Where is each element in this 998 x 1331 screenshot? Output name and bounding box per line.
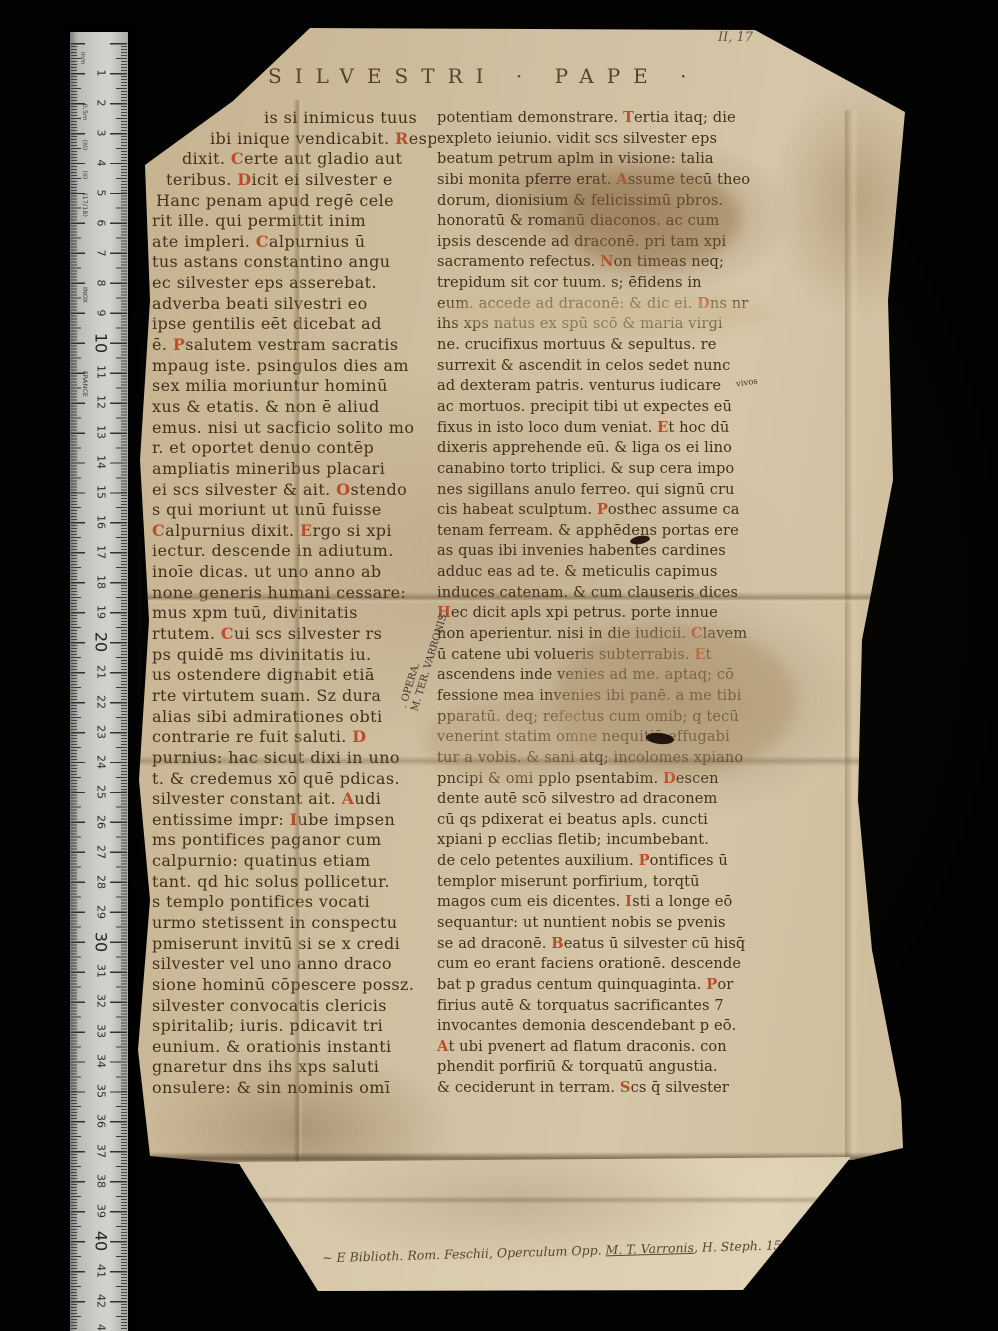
- manuscript-line: magos cum eis dicentes. Isti a longe eō: [437, 892, 793, 913]
- rubric-initial: S: [620, 1079, 631, 1096]
- manuscript-line: invocantes demonia descendebant p eō.: [437, 1016, 793, 1037]
- manuscript-line: ihs xps natus ex spū scō & maria virgi: [437, 314, 793, 335]
- rubric-initial: D: [237, 170, 251, 189]
- manuscript-line: dente autē scō silvestro ad draconem: [437, 789, 793, 810]
- manuscript-line: ps quidē ms divinitatis iu.: [152, 645, 436, 666]
- manuscript-line: iectur. descende in adiutum.: [152, 541, 436, 562]
- text-segment: t. & credemus xō quē pdicas.: [152, 769, 400, 788]
- manuscript-line: adduc eas ad te. & meticulis capimus: [437, 562, 793, 583]
- text-segment: silvester convocatis clericis: [152, 996, 387, 1015]
- manuscript-line: nes sigillans anulo ferreo. qui signū cr…: [437, 480, 793, 501]
- text-segment: t ubi pvenert ad flatum draconis. con: [448, 1038, 726, 1055]
- manuscript-line: & ceciderunt in terram. Scs q̄ silvester: [437, 1078, 793, 1099]
- text-segment: alpurnius dixit.: [165, 521, 300, 540]
- text-segment: mus xpm tuū, divinitatis: [152, 603, 358, 622]
- manuscript-line: ē. Psalutem vestram sacratis: [152, 335, 436, 356]
- text-segment: rtutem.: [152, 624, 221, 643]
- text-segment: induces catenam. & cum clauseris dices: [437, 584, 738, 601]
- text-segment: on timeas neq;: [614, 253, 724, 270]
- rubric-initial: P: [706, 976, 717, 993]
- text-segment: potentiam demonstrare.: [437, 109, 623, 126]
- manuscript-line: ne. crucifixus mortuus & sepultus. re: [437, 335, 793, 356]
- manuscript-line: Calpurnius dixit. Ergo si xpi: [152, 521, 436, 542]
- text-segment: none generis humani cessare:: [152, 583, 406, 602]
- manuscript-line: us ostendere dignabit etiā: [152, 665, 436, 686]
- text-segment: tant. qd hic solus pollicetur.: [152, 872, 390, 891]
- manuscript-line: sex milia moriuntur hominū: [152, 376, 436, 397]
- text-segment: or: [717, 976, 733, 993]
- ruler-number: 28: [95, 875, 108, 889]
- text-segment: purnius: hac sicut dixi in uno: [152, 748, 400, 767]
- manuscript-line: tus astans constantino angu: [152, 252, 436, 273]
- manuscript-line: cis habeat sculptum. Posthec assume ca: [437, 500, 793, 521]
- manuscript-line: silvester convocatis clericis: [152, 996, 436, 1017]
- ruler-number: 6: [95, 219, 108, 226]
- text-segment: dixeris apprehende eū. & liga os ei lino: [437, 439, 732, 456]
- text-segment: onsulere: & sin nominis omī: [152, 1078, 390, 1097]
- rubric-initial: A: [616, 171, 627, 188]
- manuscript-line: pmiserunt invitū si se x credi: [152, 934, 436, 955]
- ruler-number: 17: [95, 545, 108, 559]
- inscription-prefix: ∼ E Biblioth. Rom. Feschii, Operculum Op…: [322, 1242, 606, 1265]
- manuscript-line: ascendens inde venies ad me. aptaq; cō: [437, 665, 793, 686]
- manuscript-line: inoīe dicas. ut uno anno ab: [152, 562, 436, 583]
- manuscript-line: ate impleri. Calpurnius ū: [152, 232, 436, 253]
- text-segment: trepidum sit cor tuum. s; ēfidens in: [437, 274, 702, 291]
- text-segment: tenam ferream. & apphēdens portas ere: [437, 522, 739, 539]
- manuscript-line: beatum petrum aplm in visione: talia: [437, 149, 793, 170]
- ruler-number: 26: [95, 815, 108, 829]
- text-segment: invocantes demonia descendebant p eō.: [437, 1017, 736, 1034]
- manuscript-line: mus xpm tuū, divinitatis: [152, 603, 436, 624]
- rubric-initial: N: [600, 253, 613, 270]
- text-segment: ipsis descende ad draconē. pri tam xpi: [437, 233, 726, 250]
- text-segment: sacramento refectus.: [437, 253, 600, 270]
- ruler-number: 10: [92, 332, 111, 352]
- text-segment: ū catene ubi volueris subterrabis.: [437, 646, 694, 663]
- manuscript-line: ei scs silvester & ait. Ostendo: [152, 480, 436, 501]
- rubric-initial: P: [639, 852, 650, 869]
- ruler-number: 7: [95, 249, 108, 256]
- text-segment: contrarie re fuit saluti.: [152, 727, 352, 746]
- text-segment: phendit porfiriū & torquatū angustia.: [437, 1058, 718, 1075]
- manuscript-line: pparatū. deq; refectus cum omib; q tecū: [437, 707, 793, 728]
- ruler-number: 8: [95, 279, 108, 286]
- fold-crease: [845, 110, 859, 1160]
- text-segment: rgo si xpi: [313, 521, 392, 540]
- text-segment: tur a vobis. & sani atq; incolomes xpian…: [437, 749, 743, 766]
- text-segment: rit ille. qui permittit inim: [152, 211, 366, 230]
- manuscript-line: emus. nisi ut sacficio solito mo: [152, 418, 436, 439]
- manuscript-line: as quas ibi invenies habentes cardines: [437, 541, 793, 562]
- text-segment: s templo pontifices vocati: [152, 892, 370, 911]
- manuscript-line: expleto ieiunio. vidit scs silvester eps: [437, 129, 793, 150]
- text-segment: & ceciderunt in terram.: [437, 1079, 620, 1096]
- inscription-suffix: , H. Steph. 1573. 8°: [694, 1236, 820, 1255]
- manuscript-line: templor miserunt porfirium, torqtū: [437, 872, 793, 893]
- text-segment: pparatū. deq; refectus cum omib; q tecū: [437, 708, 739, 725]
- text-segment: dixit.: [182, 149, 231, 168]
- text-segment: ne. crucifixus mortuus & sepultus. re: [437, 336, 716, 353]
- text-segment: ec dicit apls xpi petrus. porte innue: [451, 604, 718, 621]
- text-segment: pmiserunt invitū si se x credi: [152, 934, 400, 953]
- text-segment: venerint statim omne nequitiā effugabi: [437, 728, 730, 745]
- manuscript-left-column: is si inimicus tuusibi inique vendicabit…: [152, 108, 436, 1104]
- text-segment: lavem: [703, 625, 748, 642]
- manuscript-line: contrarie re fuit saluti. D: [152, 727, 436, 748]
- text-segment: alias sibi admirationes obti: [152, 707, 383, 726]
- text-segment: is si inimicus tuus: [264, 108, 417, 127]
- text-segment: Hanc penam apud regē cele: [156, 191, 394, 210]
- text-segment: r. et oportet denuo contēp: [152, 438, 374, 457]
- text-segment: mpaug iste. psingulos dies am: [152, 356, 409, 375]
- ruler-number: 32: [95, 994, 108, 1008]
- text-segment: erte aut gladio aut: [244, 149, 402, 168]
- parchment-leaf: II, 17 SILVESTRI · PAPE · is si inimicus…: [0, 0, 998, 1331]
- manuscript-line: trepidum sit cor tuum. s; ēfidens in: [437, 273, 793, 294]
- manuscript-line: sione hominū cōpescere possz.: [152, 975, 436, 996]
- manuscript-line: onsulere: & sin nominis omī: [152, 1078, 436, 1099]
- ruler-number: 19: [95, 605, 108, 619]
- manuscript-line: sacramento refectus. Non timeas neq;: [437, 252, 793, 273]
- text-segment: sti a longe eō: [632, 893, 732, 910]
- rubric-initial: O: [336, 480, 350, 499]
- rubric-initial: C: [152, 521, 165, 540]
- ruler-marking: INOX: [81, 287, 89, 303]
- rubric-initial: P: [173, 335, 185, 354]
- ruler-number: 29: [95, 905, 108, 919]
- manuscript-line: sequantur: ut nuntient nobis se pvenis: [437, 913, 793, 934]
- text-segment: entissime impr:: [152, 810, 290, 829]
- manuscript-line: sibi monita pferre erat. Assume tecū the…: [437, 170, 793, 191]
- manuscript-line: At ubi pvenert ad flatum draconis. con: [437, 1037, 793, 1058]
- manuscript-line: adverba beati silvestri eo: [152, 294, 436, 315]
- manuscript-line: dixeris apprehende eū. & liga os ei lino: [437, 438, 793, 459]
- manuscript-line: s qui moriunt ut unū fuisse: [152, 500, 436, 521]
- text-segment: spiritalib; iuris. pdicavit tri: [152, 1016, 383, 1035]
- text-segment: magos cum eis dicentes.: [437, 893, 625, 910]
- text-segment: honoratū & romanū diaconos. ac cum: [437, 212, 719, 229]
- manuscript-line: xpiani p ecclias fletib; incumbebant.: [437, 830, 793, 851]
- text-segment: stendo: [350, 480, 407, 499]
- manuscript-line: bat p gradus centum quinquaginta. Por: [437, 975, 793, 996]
- manuscript-line: silvester constant ait. Audi: [152, 789, 436, 810]
- text-segment: sex milia moriuntur hominū: [152, 376, 388, 395]
- manuscript-line: rte virtutem suam. Sz dura: [152, 686, 436, 707]
- text-segment: ascendens inde venies ad me. aptaq; cō: [437, 666, 734, 683]
- manuscript-line: tant. qd hic solus pollicetur.: [152, 872, 436, 893]
- text-segment: ontifices ū: [650, 852, 728, 869]
- manuscript-line: potentiam demonstrare. Tertia itaq; die: [437, 108, 793, 129]
- manuscript-line: fixus in isto loco dum veniat. Et hoc dū: [437, 418, 793, 439]
- rubric-initial: D: [663, 770, 676, 787]
- manuscript-line: silvester vel uno anno draco: [152, 954, 436, 975]
- text-segment: se ad draconē.: [437, 935, 551, 952]
- text-segment: ui scs silvester rs: [234, 624, 382, 643]
- text-segment: eunium. & orationis instanti: [152, 1037, 392, 1056]
- manuscript-line: Hanc penam apud regē cele: [152, 191, 436, 212]
- ruler-number: 2: [95, 99, 108, 106]
- text-segment: adduc eas ad te. & meticulis capimus: [437, 563, 717, 580]
- ruler-number: 34: [95, 1054, 108, 1068]
- provenance-inscription: ∼ E Biblioth. Rom. Feschii, Operculum Op…: [322, 1238, 772, 1266]
- manuscript-right-column: potentiam demonstrare. Tertia itaq; diee…: [437, 108, 793, 1104]
- manuscript-line: is si inimicus tuus: [152, 108, 436, 129]
- text-segment: udi: [354, 789, 381, 808]
- rubric-initial: R: [395, 129, 409, 148]
- ruler-unit-label: mm: [79, 52, 87, 65]
- manuscript-line: pncipi & omi pplo psentabim. Descen: [437, 769, 793, 790]
- ruler-ticks-right-cm: [110, 43, 127, 1331]
- manuscript-line: surrexit & ascendit in celos sedet nunc: [437, 356, 793, 377]
- rubric-initial: C: [221, 624, 234, 643]
- text-segment: xpiani p ecclias fletib; incumbebant.: [437, 831, 709, 848]
- ruler-number: 5: [95, 189, 108, 196]
- text-segment: ē.: [152, 335, 173, 354]
- ruler-number: 14: [95, 455, 108, 469]
- ruler-number: 41: [95, 1264, 108, 1278]
- text-segment: ps quidē ms divinitatis iu.: [152, 645, 372, 664]
- text-segment: ihs xps natus ex spū scō & maria virgi: [437, 315, 723, 332]
- ruler-ticks-left-cm: [71, 43, 85, 1331]
- rubric-initial: C: [231, 149, 244, 168]
- inscription-author: M. T. Varronis: [605, 1240, 694, 1257]
- text-segment: calpurnio: quatinus etiam: [152, 851, 371, 870]
- text-segment: ube impsen: [298, 810, 396, 829]
- manuscript-line: ipse gentilis eēt dicebat ad: [152, 314, 436, 335]
- rubric-initial: C: [256, 232, 269, 251]
- text-segment: silvester constant ait.: [152, 789, 342, 808]
- ruler-number: 23: [95, 725, 108, 739]
- photograph: mm 1234567891011121314151617181920212223…: [0, 0, 998, 1331]
- rubric-initial: E: [657, 419, 668, 436]
- text-segment: sequantur: ut nuntient nobis se pvenis: [437, 914, 726, 931]
- text-segment: eatus ū silvester cū hisq̄: [564, 935, 746, 952]
- text-segment: ns nr: [710, 295, 748, 312]
- manuscript-line: ec silvester eps asserebat.: [152, 273, 436, 294]
- text-segment: esp: [409, 129, 436, 148]
- text-segment: gnaretur dns ihs xps saluti: [152, 1057, 379, 1076]
- manuscript-line: t. & credemus xō quē pdicas.: [152, 769, 436, 790]
- text-segment: teribus.: [166, 170, 237, 189]
- manuscript-line: tenam ferream. & apphēdens portas ere: [437, 521, 793, 542]
- text-segment: s qui moriunt ut unū fuisse: [152, 500, 382, 519]
- manuscript-line: honoratū & romanū diaconos. ac cum: [437, 211, 793, 232]
- text-segment: ibi inique vendicabit.: [210, 129, 395, 148]
- manuscript-line: induces catenam. & cum clauseris dices: [437, 583, 793, 604]
- ruler-number: 1: [95, 69, 108, 76]
- manuscript-line: ms pontifices paganor cum: [152, 830, 436, 851]
- text-segment: t hoc dū: [668, 419, 729, 436]
- manuscript-line: spiritalib; iuris. pdicavit tri: [152, 1016, 436, 1037]
- manuscript-line: urmo stetissent in conspectu: [152, 913, 436, 934]
- manuscript-line: cum eo erant faciens orationē. descende: [437, 954, 793, 975]
- ruler-marking: (17/18): [81, 193, 89, 217]
- text-segment: canabino torto triplici. & sup cera impo: [437, 460, 734, 477]
- ruler-number: 33: [95, 1024, 108, 1038]
- ruler-number: 42: [95, 1294, 108, 1308]
- manuscript-line: de celo petentes auxilium. Pontifices ū: [437, 851, 793, 872]
- text-segment: cum eo erant faciens orationē. descende: [437, 955, 741, 972]
- text-segment: ms pontifices paganor cum: [152, 830, 382, 849]
- text-segment: non aperientur. nisi in die iudicii.: [437, 625, 691, 642]
- manuscript-line: rit ille. qui permittit inim: [152, 211, 436, 232]
- text-segment: tus astans constantino angu: [152, 252, 391, 271]
- text-segment: de celo petentes auxilium.: [437, 852, 639, 869]
- rubric-initial: A: [342, 789, 355, 808]
- text-segment: cs q̄ silvester: [631, 1079, 729, 1096]
- ruler-number: 21: [95, 665, 108, 679]
- rubric-initial: A: [437, 1038, 448, 1055]
- rubric-initial: T: [623, 109, 634, 126]
- manuscript-line: eum. accede ad draconē: & dic ei. Dns nr: [437, 294, 793, 315]
- ruler-number: 31: [95, 964, 108, 978]
- ruler-number: 24: [95, 755, 108, 769]
- text-segment: sione hominū cōpescere possz.: [152, 975, 414, 994]
- text-segment: alpurnius ū: [269, 232, 366, 251]
- text-segment: bat p gradus centum quinquaginta.: [437, 976, 706, 993]
- text-segment: ac mortuos. precipit tibi ut expectes eū: [437, 398, 732, 415]
- ruler-marking: FRANCE: [81, 371, 89, 397]
- ruler-number: 39: [95, 1204, 108, 1218]
- text-segment: urmo stetissent in conspectu: [152, 913, 397, 932]
- text-segment: ertia itaq; die: [634, 109, 736, 126]
- text-segment: us ostendere dignabit etiā: [152, 665, 375, 684]
- manuscript-line: r. et oportet denuo contēp: [152, 438, 436, 459]
- text-segment: ampliatis mineribus placari: [152, 459, 385, 478]
- ruler-marking: (III): [81, 139, 89, 150]
- rubric-initial: E: [694, 646, 705, 663]
- text-segment: osthec assume ca: [608, 501, 740, 518]
- manuscript-line: s templo pontifices vocati: [152, 892, 436, 913]
- manuscript-line: dorum, dionisium & felicissimū pbros.: [437, 191, 793, 212]
- manuscript-line: rtutem. Cui scs silvester rs: [152, 624, 436, 645]
- rubric-initial: D: [352, 727, 366, 746]
- manuscript-line: firius autē & torquatus sacrificantes 7: [437, 996, 793, 1017]
- manuscript-line: ac mortuos. precipit tibi ut expectes eū: [437, 397, 793, 418]
- ruler-number: 37: [95, 1144, 108, 1158]
- manuscript-line: eunium. & orationis instanti: [152, 1037, 436, 1058]
- ruler-number: 40: [92, 1231, 111, 1251]
- text-segment: salutem vestram sacratis: [185, 335, 398, 354]
- manuscript-line: ipsis descende ad draconē. pri tam xpi: [437, 232, 793, 253]
- text-segment: ipse gentilis eēt dicebat ad: [152, 314, 382, 333]
- ruler-number: 9: [95, 309, 108, 316]
- text-segment: silvester vel uno anno draco: [152, 954, 392, 973]
- text-segment: nes sigillans anulo ferreo. qui signū cr…: [437, 481, 735, 498]
- manuscript-line: calpurnio: quatinus etiam: [152, 851, 436, 872]
- text-segment: iectur. descende in adiutum.: [152, 541, 394, 560]
- text-segment: ei scs silvester & ait.: [152, 480, 336, 499]
- rubric-initial: E: [300, 521, 313, 540]
- text-segment: beatum petrum aplm in visione: talia: [437, 150, 714, 167]
- ruler: mm 1234567891011121314151617181920212223…: [70, 32, 128, 1331]
- text-segment: rte virtutem suam. Sz dura: [152, 686, 381, 705]
- manuscript-line: purnius: hac sicut dixi in uno: [152, 748, 436, 769]
- text-segment: cū qs pdixerat ei beatus apls. cuncti: [437, 811, 708, 828]
- manuscript-line: xus & etatis. & non ē aliud: [152, 397, 436, 418]
- text-segment: adverba beati silvestri eo: [152, 294, 368, 313]
- text-segment: ad dexteram patris. venturus iudicare: [437, 377, 721, 394]
- manuscript-line: none generis humani cessare:: [152, 583, 436, 604]
- fold-crease: [250, 1196, 840, 1204]
- rubric-initial: B: [551, 935, 563, 952]
- manuscript-title: SILVESTRI · PAPE ·: [268, 64, 699, 88]
- ruler-number: 13: [95, 425, 108, 439]
- text-segment: t: [706, 646, 712, 663]
- text-segment: ate impleri.: [152, 232, 256, 251]
- ruler-number: 38: [95, 1174, 108, 1188]
- manuscript-line: tur a vobis. & sani atq; incolomes xpian…: [437, 748, 793, 769]
- text-segment: emus. nisi ut sacficio solito mo: [152, 418, 414, 437]
- text-segment: cis habeat sculptum.: [437, 501, 597, 518]
- manuscript-line: cū qs pdixerat ei beatus apls. cuncti: [437, 810, 793, 831]
- ruler-number: 12: [95, 395, 108, 409]
- rubric-initial: C: [691, 625, 703, 642]
- manuscript-line: canabino torto triplici. & sup cera impo: [437, 459, 793, 480]
- ruler-number: 22: [95, 695, 108, 709]
- text-segment: ec silvester eps asserebat.: [152, 273, 377, 292]
- rubric-initial: I: [290, 810, 298, 829]
- text-segment: templor miserunt porfirium, torqtū: [437, 873, 700, 890]
- text-segment: xus & etatis. & non ē aliud: [152, 397, 380, 416]
- manuscript-line: phendit porfiriū & torquatū angustia.: [437, 1057, 793, 1078]
- text-segment: dente autē scō silvestro ad draconem: [437, 790, 717, 807]
- manuscript-line: venerint statim omne nequitiā effugabi: [437, 727, 793, 748]
- rubric-initial: P: [597, 501, 608, 518]
- text-segment: firius autē & torquatus sacrificantes 7: [437, 997, 724, 1014]
- text-segment: dorum, dionisium & felicissimū pbros.: [437, 192, 723, 209]
- text-segment: fessione mea invenies ibi panē. a me tib…: [437, 687, 742, 704]
- manuscript-line: ibi inique vendicabit. Resp: [152, 129, 436, 150]
- ruler-number: 25: [95, 785, 108, 799]
- ruler-number: 30: [92, 931, 111, 951]
- ruler-number: 43: [95, 1324, 108, 1331]
- manuscript-line: alias sibi admirationes obti: [152, 707, 436, 728]
- ruler-marking: (II): [81, 170, 89, 179]
- text-segment: expleto ieiunio. vidit scs silvester eps: [437, 130, 717, 147]
- ruler-number: 36: [95, 1114, 108, 1128]
- ruler-number: 20: [92, 632, 111, 652]
- shelfmark-pencil-note: II, 17: [718, 30, 753, 45]
- ruler-number: 18: [95, 575, 108, 589]
- text-segment: surrexit & ascendit in celos sedet nunc: [437, 357, 730, 374]
- text-segment: pncipi & omi pplo psentabim.: [437, 770, 663, 787]
- manuscript-line: ū catene ubi volueris subterrabis. Et: [437, 645, 793, 666]
- ruler-number: 11: [95, 365, 108, 379]
- ruler-number: 16: [95, 515, 108, 529]
- ruler-number: 15: [95, 485, 108, 499]
- text-segment: fixus in isto loco dum veniat.: [437, 419, 657, 436]
- text-segment: sibi monita pferre erat.: [437, 171, 616, 188]
- manuscript-line: gnaretur dns ihs xps saluti: [152, 1057, 436, 1078]
- text-segment: escen: [676, 770, 719, 787]
- text-segment: as quas ibi invenies habentes cardines: [437, 542, 726, 559]
- manuscript-line: ampliatis mineribus placari: [152, 459, 436, 480]
- manuscript-line: mpaug iste. psingulos dies am: [152, 356, 436, 377]
- manuscript-line: teribus. Dicit ei silvester e: [152, 170, 436, 191]
- manuscript-line: Hec dicit apls xpi petrus. porte innue: [437, 603, 793, 624]
- ruler-marking: 0,5m: [81, 104, 89, 121]
- ruler-number: 3: [95, 129, 108, 136]
- text-segment: eum. accede ad draconē: & dic ei.: [437, 295, 697, 312]
- manuscript-line: fessione mea invenies ibi panē. a me tib…: [437, 686, 793, 707]
- manuscript-line: se ad draconē. Beatus ū silvester cū his…: [437, 934, 793, 955]
- text-segment: inoīe dicas. ut uno anno ab: [152, 562, 382, 581]
- text-segment: icit ei silvester e: [251, 170, 392, 189]
- manuscript-line: dixit. Certe aut gladio aut: [152, 149, 436, 170]
- text-segment: ssume tecū theo: [628, 171, 750, 188]
